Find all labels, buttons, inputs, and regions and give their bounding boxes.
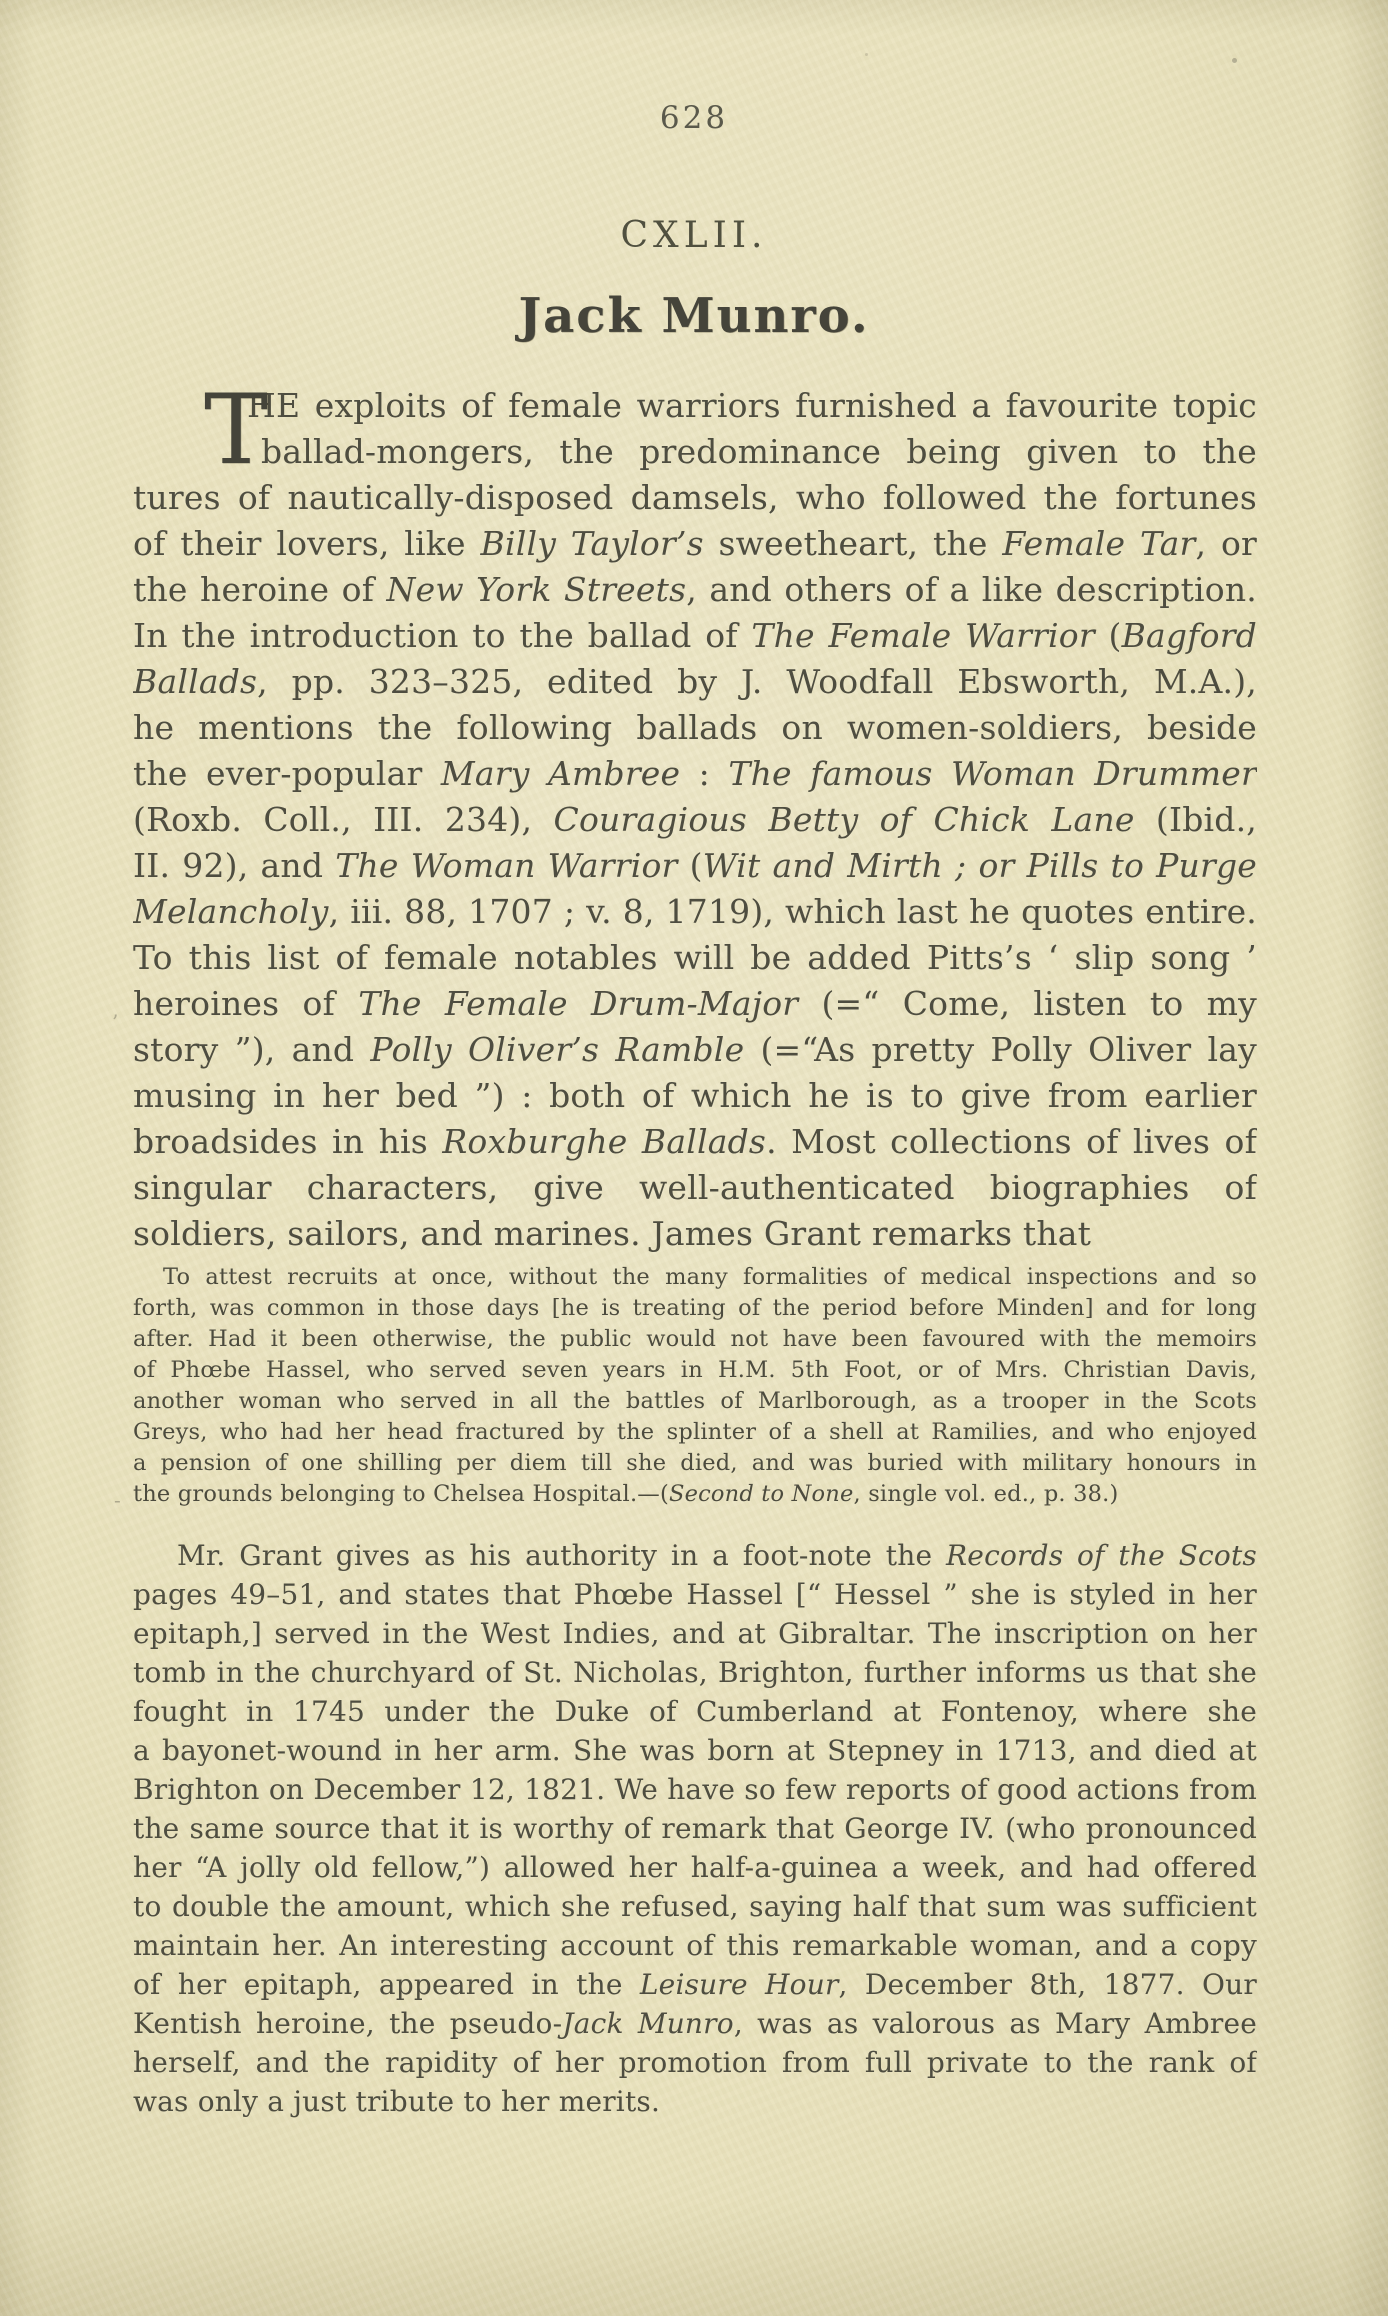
text-line: another woman who served in all the batt… [133,1386,1257,1417]
text-line: after. Had it been otherwise, the public… [133,1324,1257,1355]
scan-artifact: - [114,1488,121,1512]
book-page: 628 CXLII. Jack Munro. T HE exploits of … [0,0,1388,2316]
text-line: Ballads, pp. 323–325, edited by J. Woodf… [133,659,1257,705]
text-line: epitaph,] served in the West Indies, and… [133,1615,1257,1654]
text-line: forth, was common in those days [he is t… [133,1293,1257,1324]
scan-artifact [865,53,868,56]
chapter-number: CXLII. [0,215,1388,256]
text-line: To this list of female notables will be … [133,935,1257,981]
drop-cap: T [204,384,268,476]
text-line: herself, and the rapidity of her promoti… [133,2044,1257,2083]
text-line: the grounds belonging to Chelsea Hospita… [133,1479,1257,1510]
text-line: he mentions the following ballads on wom… [133,705,1257,751]
text-line: In the introduction to the ballad of The… [133,613,1257,659]
text-line: of Phœbe Hassel, who served seven years … [133,1355,1257,1386]
block-quotation: To attest recruits at once, without the … [133,1262,1257,1510]
opening-paragraph: T HE exploits of female warriors furnish… [133,383,1257,1257]
text-line: Brighton on December 12, 1821. We have s… [133,1771,1257,1810]
text-line: of their lovers, like Billy Taylor’s swe… [133,521,1257,567]
text-line: To attest recruits at once, without the … [133,1262,1257,1293]
text-line: II. 92), and The Woman Warrior (Wit and … [133,843,1257,889]
scan-artifact [1232,58,1237,63]
text-line: maintain her. An interesting account of … [133,1927,1257,1966]
text-line: story ”), and Polly Oliver’s Ramble (=“A… [133,1027,1257,1073]
chapter-title: Jack Munro. [0,288,1388,344]
text-line: ballad-mongers, the predominance being g… [133,429,1257,475]
text-line: pages 49–51, and states that Phœbe Hasse… [133,1576,1257,1615]
text-line: Melancholy, iii. 88, 1707 ; v. 8, 1719),… [133,889,1257,935]
text-line: heroines of The Female Drum-Major (=“ Co… [133,981,1257,1027]
text-line: tures of nautically-disposed damsels, wh… [133,475,1257,521]
text-line: fought in 1745 under the Duke of Cumberl… [133,1693,1257,1732]
text-line: a pension of one shilling per diem till … [133,1448,1257,1479]
text-line: soldiers, sailors, and marines. James Gr… [133,1211,1257,1257]
text-line: Mr. Grant gives as his authority in a fo… [133,1537,1257,1576]
text-line: broadsides in his Roxburghe Ballads. Mos… [133,1119,1257,1165]
text-line: her “A jolly old fellow,”) allowed her h… [133,1849,1257,1888]
text-line: to double the amount, which she refused,… [133,1888,1257,1927]
page-number: 628 [0,100,1388,136]
text-line: the heroine of New York Streets, and oth… [133,567,1257,613]
text-line: singular characters, give well-authentic… [133,1165,1257,1211]
text-line: a bayonet-wound in her arm. She was born… [133,1732,1257,1771]
scan-artifact: ’ [112,1010,118,1034]
text-line: the ever-popular Mary Ambree : The famou… [133,751,1257,797]
text-line: Kentish heroine, the pseudo-Jack Munro, … [133,2005,1257,2044]
text-line: of her epitaph, appeared in the Leisure … [133,1966,1257,2005]
text-line: HE exploits of female warriors furnished… [133,383,1257,429]
text-line: was only a just tribute to her merits. [133,2083,1257,2122]
text-line: Greys, who had her head fractured by the… [133,1417,1257,1448]
text-line: tomb in the churchyard of St. Nicholas, … [133,1654,1257,1693]
text-line: the same source that it is worthy of rem… [133,1810,1257,1849]
text-line: (Roxb. Coll., III. 234), Couragious Bett… [133,797,1257,843]
closing-paragraph: Mr. Grant gives as his authority in a fo… [133,1537,1257,2122]
text-line: musing in her bed ”) : both of which he … [133,1073,1257,1119]
